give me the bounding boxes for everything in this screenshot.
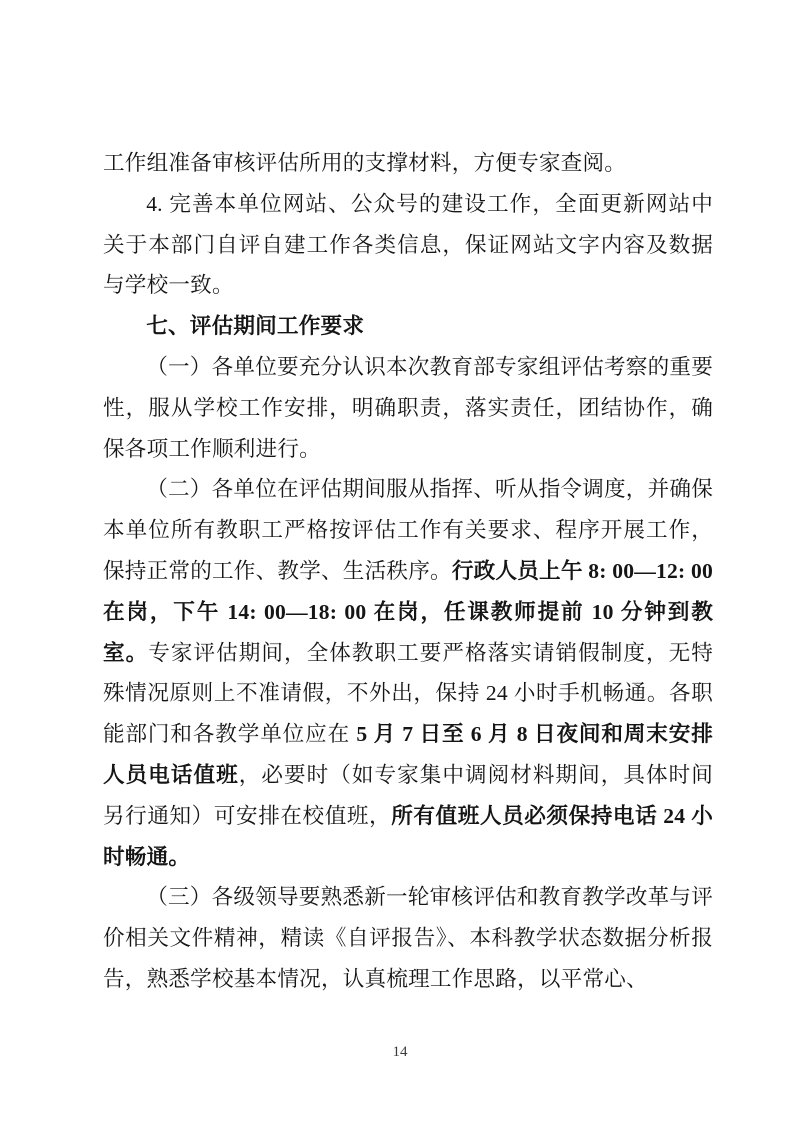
document-body: 工作组准备审核评估所用的支撑材料，方便专家查阅。4. 完善本单位网站、公众号的建… [103,143,713,1000]
text-run: （一）各单位要充分认识本次教育部专家组评估考察的重要性，服从学校工作安排，明确职… [103,355,713,461]
section-heading: 七、评估期间工作要求 [103,306,713,347]
paragraph: 4. 完善本单位网站、公众号的建设工作，全面更新网站中关于本部门自评自建工作各类… [103,184,713,306]
paragraph: （二）各单位在评估期间服从指挥、听从指令调度，并确保本单位所有教职工严格按评估工… [103,469,713,877]
paragraph: （三）各级领导要熟悉新一轮审核评估和教育教学改革与评价相关文件精神，精读《自评报… [103,877,713,999]
paragraph: （一）各单位要充分认识本次教育部专家组评估考察的重要性，服从学校工作安排，明确职… [103,347,713,469]
paragraph: 工作组准备审核评估所用的支撑材料，方便专家查阅。 [103,143,713,184]
document-page: 工作组准备审核评估所用的支撑材料，方便专家查阅。4. 完善本单位网站、公众号的建… [0,0,800,1131]
text-run: 4. 完善本单位网站、公众号的建设工作，全面更新网站中关于本部门自评自建工作各类… [103,192,713,298]
page-number: 14 [393,1044,408,1060]
text-run-bold: 七、评估期间工作要求 [146,313,364,338]
text-run: （三）各级领导要熟悉新一轮审核评估和教育教学改革与评价相关文件精神，精读《自评报… [103,885,713,991]
text-run: 工作组准备审核评估所用的支撑材料，方便专家查阅。 [103,151,626,175]
page-footer: 14 [0,1041,800,1063]
